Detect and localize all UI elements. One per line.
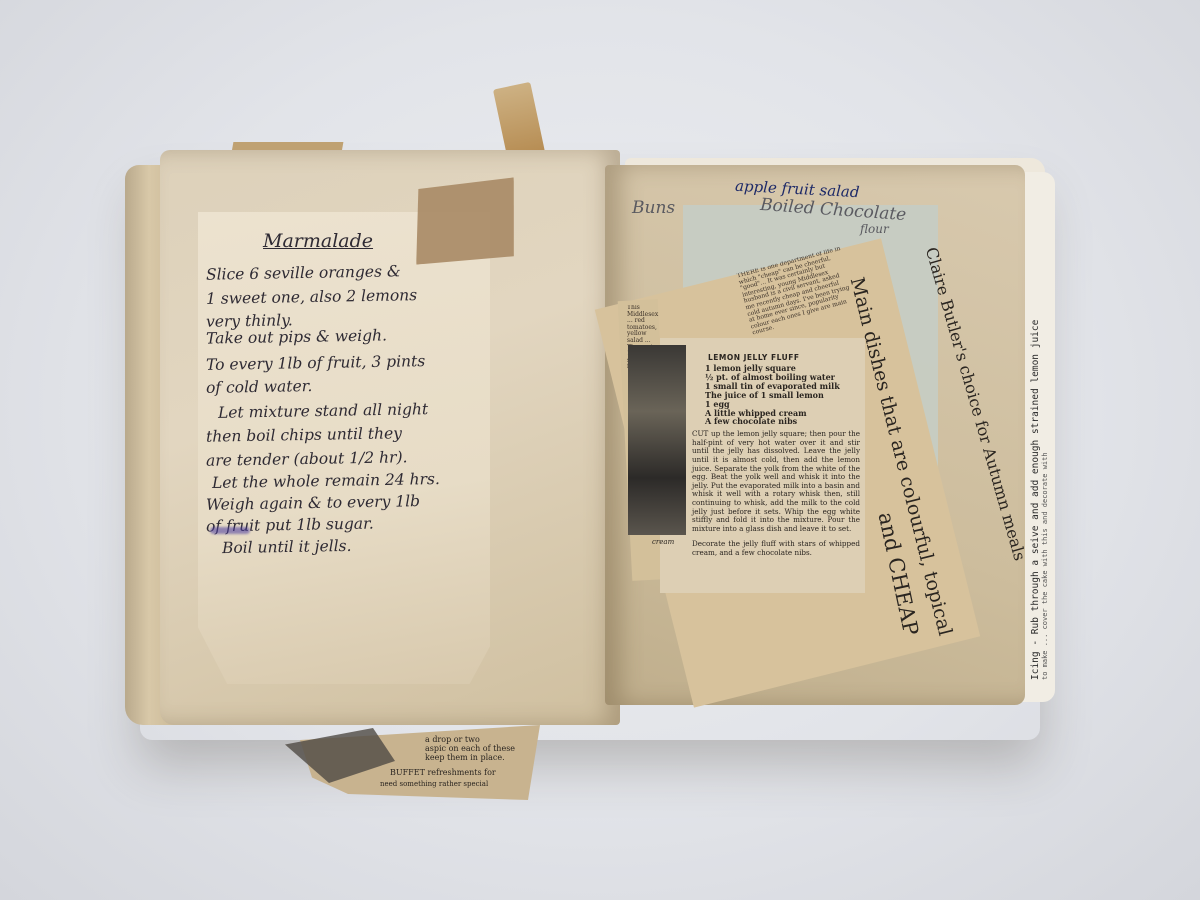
recipe-line: Boil until it jells. [222,539,352,557]
photo-caption: cream [652,538,674,546]
fragment-heading: BUFFET refreshments for [390,768,496,777]
recipe-line: Let mixture stand all night [218,402,428,421]
recipe-title: Marmalade [263,230,373,252]
adhesive-tape [412,177,518,264]
recipe-line: then boil chips until they [206,426,402,445]
fragment-line: aspic on each of these [425,744,535,753]
clipping-photo [628,345,686,535]
typewritten-line: to make ... cover the cake with this and… [1041,320,1049,680]
fragment-line: a drop or two [425,735,535,744]
handwritten-note-pencil: flour [860,222,889,236]
typewritten-line: Icing - Rub through a seive and add enou… [1030,320,1041,680]
fragment-line: keep them in place. [425,753,535,762]
lemon-jelly-title: LEMON JELLY FLUFF [708,353,799,362]
recipe-line: are tender (about 1/2 hr). [206,450,408,469]
recipe-line: Let the whole remain 24 hrs. [212,472,440,491]
ink-smudge [210,527,250,534]
typewritten-note: Icing - Rub through a seive and add enou… [1030,320,1049,680]
recipe-line: Weigh again & to every 1lb [206,494,420,513]
fragment-more: need something rather special [380,780,488,788]
handwritten-note-pencil: Buns [632,198,675,218]
recipe-line: Slice 6 seville oranges & [206,264,401,283]
recipe-line: Take out pips & weigh. [206,328,387,347]
method-text: CUT up the lemon jelly square; then pour… [692,430,860,534]
bookmark-ribbon [493,82,545,160]
recipe-line: 1 sweet one, also 2 lemons [206,288,417,307]
ingredient: A few chocolate nibs [705,417,797,427]
recipe-line: To every 1lb of fruit, 3 pints [206,354,426,373]
decorate-text: Decorate the jelly fluff with stars of w… [692,540,860,557]
recipe-line: of cold water. [206,379,313,396]
bottom-fragment-text: a drop or two aspic on each of these kee… [425,735,535,763]
